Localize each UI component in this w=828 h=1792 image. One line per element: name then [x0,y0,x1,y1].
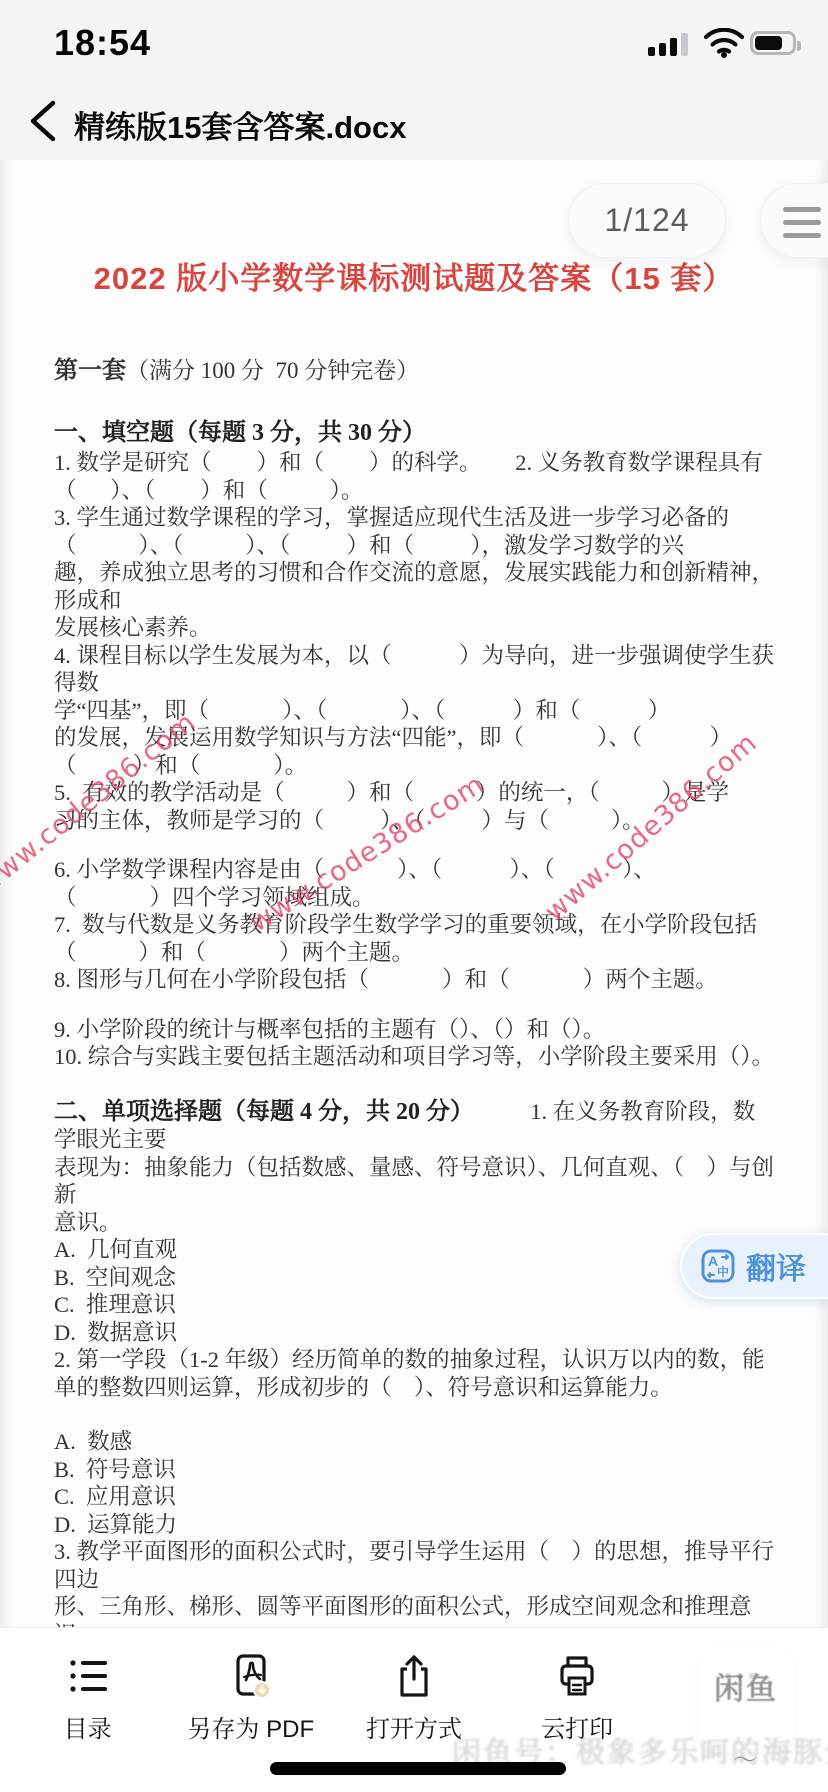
clock: 18:54 [54,22,151,64]
app-header: 精练版15套含答案.docx [0,80,828,160]
doc-line: 9. 小学阶段的统计与概率包括的主题有（）、（）和（）。 [54,1016,774,1044]
printer-icon [553,1652,601,1700]
file-title: 精练版15套含答案.docx [74,102,406,147]
more-icon [716,1652,764,1700]
option-line: B. 符号意识 [54,1456,774,1484]
doc-line: 8. 图形与几何在小学阶段包括（ ）和（ ）两个主题。 [54,966,774,994]
set-heading: 第一套（满分 100 分 70 分钟完卷） [54,356,774,386]
page-indicator: 1/124 [568,183,726,258]
home-indicator[interactable] [270,1762,566,1775]
document-viewer-screen: 18:54 精练版15套含答案.docx 2022 版小学数学课标测试题及答案（… [0,0,828,1792]
option-line: A. 几何直观 [54,1236,774,1264]
obscured-label-sliver: 〜 [733,1740,757,1775]
doc-line: 2. 第一学段（1-2 年级）经历简单的数的抽象过程，认识万以内的数，能 [54,1346,774,1374]
document-page[interactable]: 2022 版小学数学课标测试题及答案（15 套） 第一套（满分 100 分 70… [0,160,828,1792]
menu-pill[interactable] [760,183,828,258]
doc-line: （ ）、（ ）和（ ）。 [54,477,774,505]
doc-line: 的发展，发展运用数学知识与方法“四能”，即（ ）、（ ） [54,724,774,752]
toc-icon [64,1652,112,1700]
doc-line: （ ）和（ ）两个主题。 [54,939,774,967]
option-line: C. 推理意识 [54,1291,774,1319]
section2-heading: 二、单项选择题（每题 4 分，共 20 分） 1. 在义务教育阶段，数学眼光主要 [54,1098,774,1154]
toolbar-label: 另存为 PDF [187,1709,314,1744]
back-button[interactable] [26,98,60,144]
hamburger-icon [783,207,821,246]
translate-label: 翻译 [746,1244,806,1288]
doc-title: 2022 版小学数学课标测试题及答案（15 套） [54,260,774,298]
option-line: D. 数据意识 [54,1319,774,1347]
doc-line: 单的整数四则运算，形成初步的（ ）、符号意识和运算能力。 [54,1374,774,1402]
document-content: 2022 版小学数学课标测试题及答案（15 套） 第一套（满分 100 分 70… [0,160,828,1648]
doc-line: 学“四基”，即（ ）、（ ）、（ ）和（ ） [54,697,774,725]
doc-line: 发展核心素养。 [54,614,774,642]
doc-line: 1. 数学是研究（ ）和（ ）的科学。 2. 义务教育数学课程具有 [54,449,774,477]
wifi-icon [704,28,744,58]
translate-button[interactable]: A 中 翻译 [680,1233,828,1299]
option-line: A. 数感 [54,1428,774,1456]
doc-line: （ ）和（ ）。 [54,752,774,780]
option-line: D. 运算能力 [54,1511,774,1539]
doc-line: 7. 数与代数是义务教育阶段学生数学学习的重要领域，在小学阶段包括 [54,911,774,939]
doc-line: 5. 有效的教学活动是（ ）和（ ）的统一，（ ）是学 [54,779,774,807]
toolbar-item-toc[interactable]: 目录 [13,1652,163,1792]
toolbar-label: 云打印 [541,1709,613,1744]
option-line: C. 应用意识 [54,1483,774,1511]
doc-line: 意识。 [54,1209,774,1237]
section1-heading: 一、填空题（每题 3 分，共 30 分） [54,418,774,449]
doc-line: 6. 小学数学课程内容是由（ ）、（ ）、（ ）、 [54,856,774,884]
pdf-icon [227,1652,275,1700]
translate-icon: A 中 [700,1248,736,1284]
cellular-signal-icon [648,32,688,56]
doc-line: 4. 课程目标以学生发展为本，以（ ）为导向，进一步强调使学生获得数 [54,642,774,697]
doc-line: 3. 教学平面图形的面积公式时，要引导学生运用（ ）的思想，推导平行四边 [54,1538,774,1593]
doc-line: （ ）四个学习领域组成。 [54,884,774,912]
share-icon [390,1652,438,1700]
doc-line: 趣，养成独立思考的习惯和合作交流的意愿，发展实践能力和创新精神，形成和 [54,559,774,614]
svg-text:中: 中 [717,1264,729,1279]
toolbar-label: 目录 [64,1709,112,1744]
doc-line: 表现为：抽象能力（包括数感、量感、符号意识）、几何直观、（ ）与创新 [54,1154,774,1209]
option-line: B. 空间观念 [54,1264,774,1292]
toolbar-label: 打开方式 [366,1709,462,1744]
doc-line: 10. 综合与实践主要包括主题活动和项目学习等，小学阶段主要采用（）。 [54,1043,774,1071]
doc-line: 习的主体，教师是学习的（ ）、（ ）与（ ）。 [54,807,774,835]
status-bar: 18:54 [0,0,828,80]
battery-icon [750,31,796,55]
doc-line: （ ）、（ ）、（ ）和（ ），激发学习数学的兴 [54,532,774,560]
doc-line: 3. 学生通过数学课程的学习，掌握适应现代生活及进一步学习必备的 [54,504,774,532]
